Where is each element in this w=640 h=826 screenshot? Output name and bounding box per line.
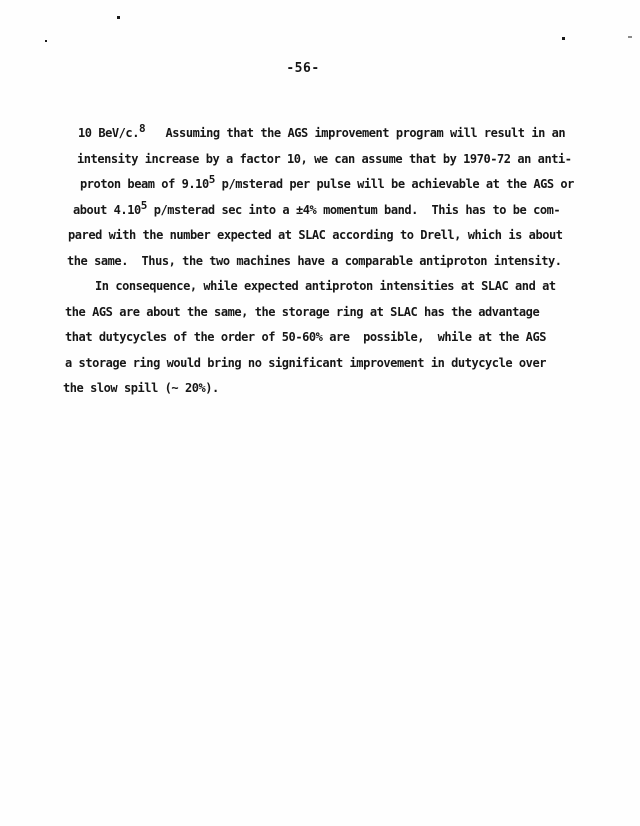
document-body: 10 BeV/c.8 Assuming that the AGS improve… — [62, 121, 602, 402]
superscript: 5 — [209, 173, 215, 186]
text-segment: a storage ring would bring no significan… — [65, 356, 546, 370]
text-segment: Assuming that the AGS improvement progra… — [145, 126, 565, 140]
document-page: -56- 10 BeV/c.8 Assuming that the AGS im… — [0, 0, 640, 826]
page-number: -56- — [0, 61, 606, 76]
text-segment: 10 BeV/c. — [78, 126, 139, 140]
text-segment: the same. Thus, the two machines have a … — [67, 254, 562, 268]
scan-speck — [117, 16, 120, 19]
text-line: the slow spill (~ 20%). — [63, 376, 602, 402]
text-line: intensity increase by a factor 10, we ca… — [77, 147, 602, 173]
scan-speck — [45, 40, 47, 42]
superscript: 8 — [139, 122, 145, 135]
scan-speck — [628, 36, 632, 38]
text-segment: the slow spill (~ 20%). — [63, 381, 219, 395]
text-segment: pared with the number expected at SLAC a… — [68, 228, 563, 242]
text-line: proton beam of 9.105 p/msterad per pulse… — [80, 172, 602, 198]
scan-speck — [562, 37, 565, 40]
text-line: 10 BeV/c.8 Assuming that the AGS improve… — [78, 121, 602, 147]
text-line: the AGS are about the same, the storage … — [65, 300, 602, 326]
text-segment: about 4.10 — [73, 203, 141, 217]
text-line: about 4.105 p/msterad sec into a ±4% mom… — [73, 198, 602, 224]
text-segment: that dutycycles of the order of 50-60% a… — [65, 330, 546, 344]
text-segment: proton beam of 9.10 — [80, 177, 209, 191]
text-line: that dutycycles of the order of 50-60% a… — [65, 325, 602, 351]
text-line: pared with the number expected at SLAC a… — [68, 223, 602, 249]
text-line: the same. Thus, the two machines have a … — [67, 249, 602, 275]
superscript: 5 — [141, 199, 147, 212]
text-segment: In consequence, while expected antiproto… — [95, 279, 556, 293]
text-segment: the AGS are about the same, the storage … — [65, 305, 539, 319]
text-segment: p/msterad sec into a ±4% momentum band. … — [147, 203, 560, 217]
text-line: a storage ring would bring no significan… — [65, 351, 602, 377]
text-segment: intensity increase by a factor 10, we ca… — [77, 152, 572, 166]
text-segment: p/msterad per pulse will be achievable a… — [215, 177, 574, 191]
text-line: In consequence, while expected antiproto… — [95, 274, 602, 300]
